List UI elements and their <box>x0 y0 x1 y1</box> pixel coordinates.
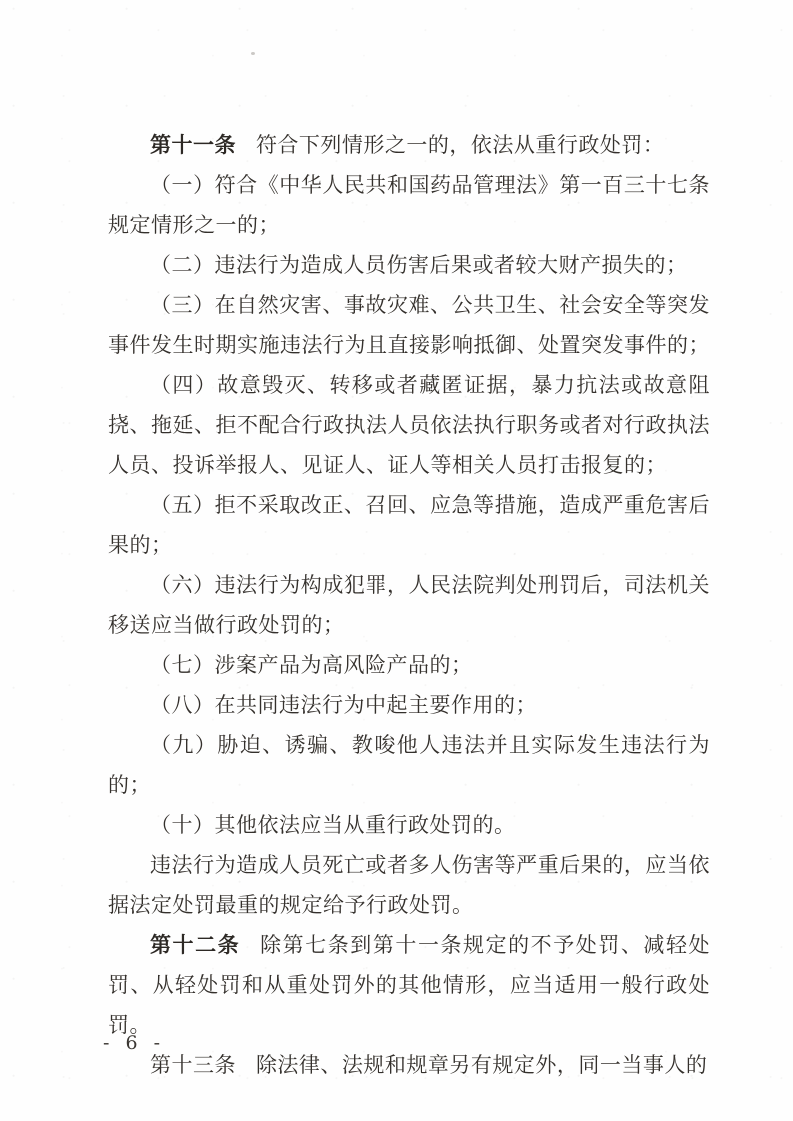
article-11-item-6: （六）违法行为构成犯罪，人民法院判处刑罚后，司法机关移送应当做行政处罚的； <box>108 565 710 645</box>
paragraph-text: （十）其他依法应当从重行政处罚的。 <box>150 813 516 837</box>
article-12-paragraph: 第十二条除第七条到第十一条规定的不予处罚、减轻处罚、从轻处罚和从重处罚外的其他情… <box>108 925 710 1045</box>
page-number: - 6 - <box>103 1032 165 1054</box>
article-11-item-10: （十）其他依法应当从重行政处罚的。 <box>108 805 710 845</box>
paragraph-text: （四）故意毁灭、转移或者藏匿证据，暴力抗法或故意阻挠、拖延、拒不配合行政执法人员… <box>108 373 710 477</box>
document-body: 第十一条符合下列情形之一的，依法从重行政处罚： （一）符合《中华人民共和国药品管… <box>108 125 710 1085</box>
article-11-heading: 第十一条符合下列情形之一的，依法从重行政处罚： <box>108 125 710 165</box>
article-11-item-7: （七）涉案产品为高风险产品的； <box>108 645 710 685</box>
paragraph-text: 违法行为造成人员死亡或者多人伤害等严重后果的，应当依据法定处罚最重的规定给予行政… <box>108 853 710 917</box>
paragraph-text: （六）违法行为构成犯罪，人民法院判处刑罚后，司法机关移送应当做行政处罚的； <box>108 573 710 637</box>
paragraph-text: 除法律、法规和规章另有规定外，同一当事人的 <box>256 1053 708 1077</box>
article-11-item-3: （三）在自然灾害、事故灾难、公共卫生、社会安全等突发事件发生时期实施违法行为且直… <box>108 285 710 365</box>
article-11-item-5: （五）拒不采取改正、召回、应急等措施，造成严重危害后果的； <box>108 485 710 565</box>
scanned-document-page: 第十一条符合下列情形之一的，依法从重行政处罚： （一）符合《中华人民共和国药品管… <box>0 0 793 1121</box>
article-11-closing-paragraph: 违法行为造成人员死亡或者多人伤害等严重后果的，应当依据法定处罚最重的规定给予行政… <box>108 845 710 925</box>
article-13-number: 第十三条 <box>150 1053 236 1077</box>
paragraph-text: （一）符合《中华人民共和国药品管理法》第一百三十七条规定情形之一的； <box>108 173 710 237</box>
paragraph-text: （八）在共同违法行为中起主要作用的； <box>150 693 537 717</box>
article-11-item-1: （一）符合《中华人民共和国药品管理法》第一百三十七条规定情形之一的； <box>108 165 710 245</box>
paragraph-text: （五）拒不采取改正、召回、应急等措施，造成严重危害后果的； <box>108 493 710 557</box>
article-11-item-8: （八）在共同违法行为中起主要作用的； <box>108 685 710 725</box>
article-11-item-9: （九）胁迫、诱骗、教唆他人违法并且实际发生违法行为的； <box>108 725 710 805</box>
paragraph-text: （二）违法行为造成人员伤害后果或者较大财产损失的； <box>150 253 688 277</box>
paragraph-text: （七）涉案产品为高风险产品的； <box>150 653 473 677</box>
scan-noise-speck <box>251 52 255 55</box>
article-11-item-2: （二）违法行为造成人员伤害后果或者较大财产损失的； <box>108 245 710 285</box>
paragraph-text: 符合下列情形之一的，依法从重行政处罚： <box>256 133 665 157</box>
article-11-item-4: （四）故意毁灭、转移或者藏匿证据，暴力抗法或故意阻挠、拖延、拒不配合行政执法人员… <box>108 365 710 485</box>
article-12-number: 第十二条 <box>150 933 240 957</box>
article-11-number: 第十一条 <box>150 133 236 157</box>
paragraph-text: （九）胁迫、诱骗、教唆他人违法并且实际发生违法行为的； <box>108 733 710 797</box>
paragraph-text: （三）在自然灾害、事故灾难、公共卫生、社会安全等突发事件发生时期实施违法行为且直… <box>108 293 710 357</box>
article-13-paragraph: 第十三条除法律、法规和规章另有规定外，同一当事人的 <box>108 1045 710 1085</box>
